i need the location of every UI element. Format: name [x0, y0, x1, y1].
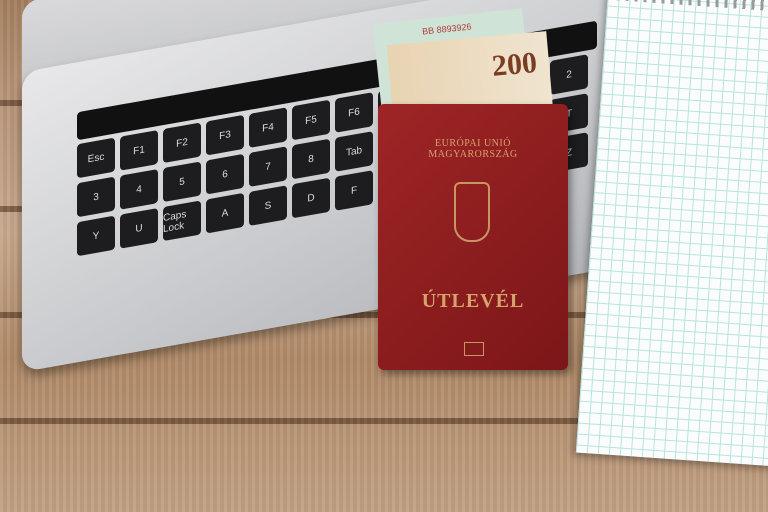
key: F3 — [206, 115, 244, 156]
key: 7 — [249, 146, 287, 187]
key: U — [120, 208, 158, 249]
key: Tab — [335, 131, 373, 172]
passport: EURÓPAI UNIÓ MAGYARORSZÁG ÚTLEVÉL — [378, 104, 568, 370]
key: F6 — [335, 92, 373, 133]
key: 5 — [163, 161, 201, 202]
key: 8 — [292, 139, 330, 180]
key: Esc — [77, 138, 115, 179]
key: Y — [77, 216, 115, 257]
spiral-binding — [608, 0, 768, 14]
passport-line-country: MAGYARORSZÁG — [378, 149, 568, 160]
key: F — [335, 170, 373, 211]
key: F2 — [163, 122, 201, 163]
key: Caps Lock — [163, 200, 201, 241]
key: S — [249, 185, 287, 226]
grid-notepad — [576, 0, 768, 466]
banknote-denomination: 200 — [491, 46, 539, 84]
key: D — [292, 178, 330, 219]
key: F4 — [249, 107, 287, 148]
biometric-chip-icon — [464, 342, 484, 356]
key: 6 — [206, 154, 244, 195]
coat-of-arms-icon — [454, 182, 490, 242]
passport-title: ÚTLEVÉL — [378, 290, 568, 313]
key: 4 — [120, 169, 158, 210]
passport-line-eu: EURÓPAI UNIÓ — [378, 138, 568, 149]
key: F5 — [292, 100, 330, 141]
key: A — [206, 193, 244, 234]
key: 3 — [77, 177, 115, 218]
key: F1 — [120, 130, 158, 171]
